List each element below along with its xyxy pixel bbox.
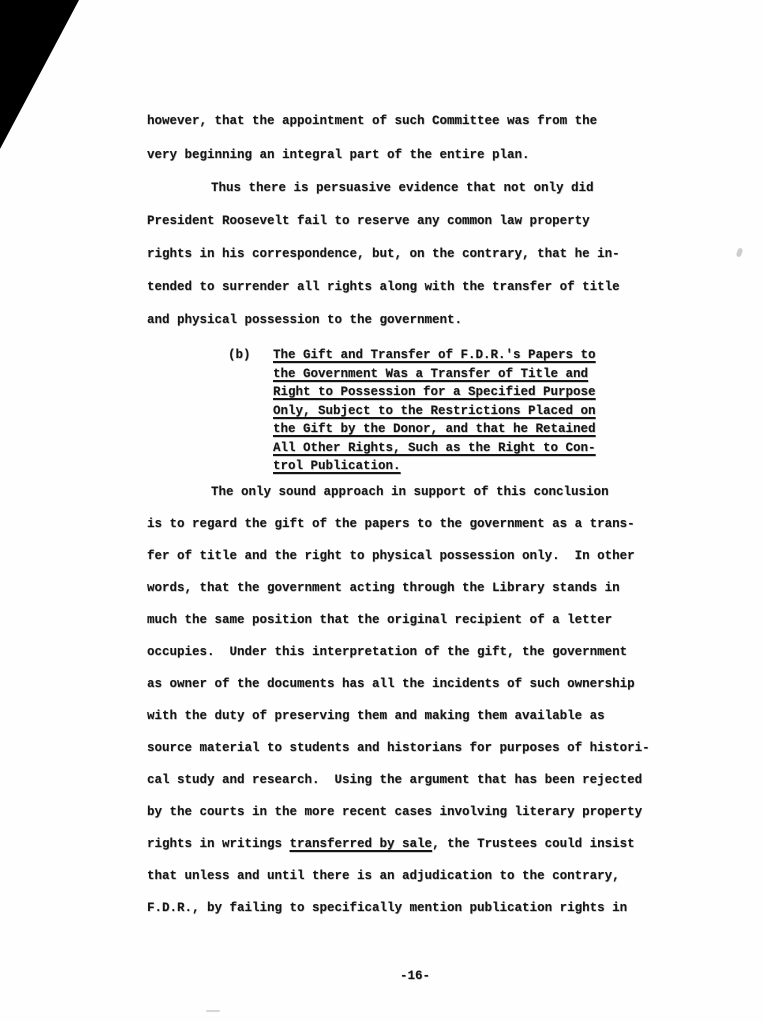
underlined-phrase: transferred by sale [290, 837, 433, 851]
scan-speck [736, 247, 744, 257]
text-line: President Roosevelt fail to reserve any … [147, 205, 620, 238]
text-line: and physical possession to the governmen… [147, 304, 620, 337]
text-line: Right to Possession for a Specified Purp… [273, 383, 596, 402]
text-line: the Gift by the Donor, and that he Retai… [273, 420, 596, 439]
text-line: occupies. Under this interpretation of t… [147, 636, 650, 668]
text-line: source material to students and historia… [147, 732, 650, 764]
scan-corner-fold [0, 0, 80, 150]
text-line: that unless and until there is an adjudi… [147, 860, 650, 892]
paragraph-conclusion: The only sound approach in support of th… [147, 476, 650, 924]
text-line: Thus there is persuasive evidence that n… [147, 172, 620, 205]
text-line: All Other Rights, Such as the Right to C… [273, 439, 596, 458]
page-number: -16- [400, 966, 430, 986]
text-line: fer of title and the right to physical p… [147, 540, 650, 572]
text-line: rights in writings transferred by sale, … [147, 828, 650, 860]
text-line: cal study and research. Using the argume… [147, 764, 650, 796]
text-line: much the same position that the original… [147, 604, 650, 636]
text-line: as owner of the documents has all the in… [147, 668, 650, 700]
text-line: by the courts in the more recent cases i… [147, 796, 650, 828]
text-line: is to regard the gift of the papers to t… [147, 508, 650, 540]
text-line: however, that the appointment of such Co… [147, 104, 597, 138]
heading-text: The Gift and Transfer of F.D.R.'s Papers… [273, 346, 596, 476]
text-line: The Gift and Transfer of F.D.R.'s Papers… [273, 346, 596, 365]
paragraph-intro: however, that the appointment of such Co… [147, 104, 597, 172]
text-line: Only, Subject to the Restrictions Placed… [273, 402, 596, 421]
text-segment: , the Trustees could insist [432, 837, 635, 851]
text-line: trol Publication. [273, 457, 596, 476]
text-line: F.D.R., by failing to specifically menti… [147, 892, 650, 924]
scan-speck [206, 1010, 220, 1012]
text-line: The only sound approach in support of th… [147, 476, 650, 508]
section-heading-b: (b) The Gift and Transfer of F.D.R.'s Pa… [228, 346, 596, 476]
paragraph-persuasive-evidence: Thus there is persuasive evidence that n… [147, 172, 620, 337]
text-line: words, that the government acting throug… [147, 572, 650, 604]
text-line: with the duty of preserving them and mak… [147, 700, 650, 732]
text-line: very beginning an integral part of the e… [147, 138, 597, 172]
text-line: the Government Was a Transfer of Title a… [273, 365, 596, 384]
text-line: tended to surrender all rights along wit… [147, 271, 620, 304]
text-segment: rights in writings [147, 837, 290, 851]
text-line: rights in his correspondence, but, on th… [147, 238, 620, 271]
heading-label: (b) [228, 346, 273, 365]
document-page: however, that the appointment of such Co… [0, 0, 765, 1022]
